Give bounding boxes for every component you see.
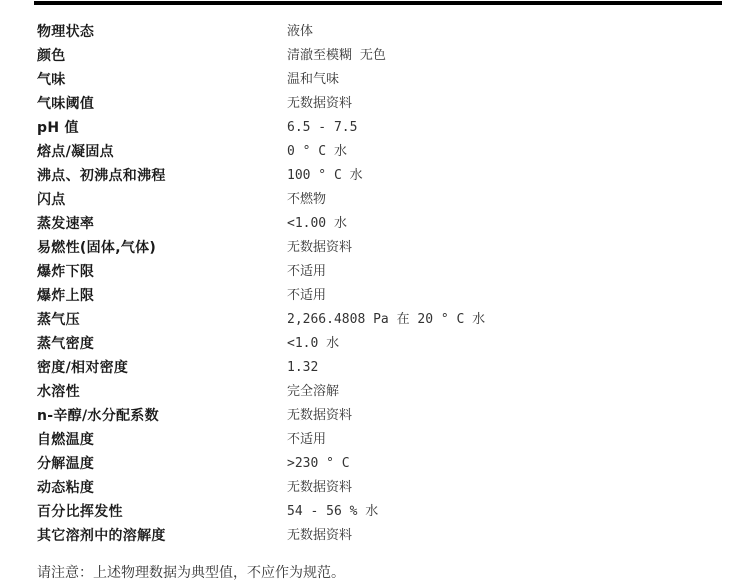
property-row-solubility-other-solvents: 其它溶剂中的溶解度 无数据资料: [37, 524, 717, 548]
property-label: 气味: [37, 68, 66, 92]
property-value: 54 - 56 % 水: [287, 500, 378, 524]
property-value: 2,266.4808 Pa 在 20 ° C 水: [287, 308, 485, 332]
property-row-percent-volatility: 百分比挥发性 54 - 56 % 水: [37, 500, 717, 524]
property-label: 水溶性: [37, 380, 80, 404]
property-value: 无数据资料: [287, 524, 352, 548]
property-row-lower-explosion-limit: 爆炸下限 不适用: [37, 260, 717, 284]
property-label: 动态粘度: [37, 476, 94, 500]
property-row-flash-point: 闪点 不燃物: [37, 188, 717, 212]
property-row-melting-point: 熔点/凝固点 0 ° C 水: [37, 140, 717, 164]
property-label: 爆炸上限: [37, 284, 94, 308]
property-value: >230 ° C: [287, 452, 350, 476]
property-value: 无数据资料: [287, 236, 352, 260]
property-value: 无数据资料: [287, 92, 352, 116]
property-label: 自燃温度: [37, 428, 94, 452]
property-label: 闪点: [37, 188, 66, 212]
property-value: 6.5 - 7.5: [287, 116, 357, 140]
property-value: 无数据资料: [287, 476, 352, 500]
property-row-decomposition-temperature: 分解温度 >230 ° C: [37, 452, 717, 476]
property-value: 完全溶解: [287, 380, 339, 404]
property-value: 不适用: [287, 284, 326, 308]
property-row-odor-threshold: 气味阈值 无数据资料: [37, 92, 717, 116]
property-value: <1.00 水: [287, 212, 347, 236]
disclaimer-note: 请注意：上述物理数据为典型值，不应作为规范。: [37, 563, 345, 583]
property-row-odor: 气味 温和气味: [37, 68, 717, 92]
property-label: 分解温度: [37, 452, 94, 476]
property-row-vapor-density: 蒸气密度 <1.0 水: [37, 332, 717, 356]
property-row-dynamic-viscosity: 动态粘度 无数据资料: [37, 476, 717, 500]
physical-properties-table: 物理状态 液体 颜色 清澈至模糊 无色 气味 温和气味 气味阈值 无数据资料 p…: [37, 20, 717, 548]
property-label: 爆炸下限: [37, 260, 94, 284]
property-label: 易燃性(固体,气体): [37, 236, 156, 260]
property-label: 颜色: [37, 44, 66, 68]
property-row-boiling-point: 沸点、初沸点和沸程 100 ° C 水: [37, 164, 717, 188]
property-label: 其它溶剂中的溶解度: [37, 524, 166, 548]
property-label: 熔点/凝固点: [37, 140, 114, 164]
property-row-relative-density: 密度/相对密度 1.32: [37, 356, 717, 380]
property-value: <1.0 水: [287, 332, 339, 356]
property-label: 沸点、初沸点和沸程: [37, 164, 166, 188]
property-value: 不适用: [287, 260, 326, 284]
property-value: 1.32: [287, 356, 318, 380]
property-row-upper-explosion-limit: 爆炸上限 不适用: [37, 284, 717, 308]
property-value: 液体: [287, 20, 313, 44]
property-value: 温和气味: [287, 68, 339, 92]
property-row-physical-state: 物理状态 液体: [37, 20, 717, 44]
property-value: 无数据资料: [287, 404, 352, 428]
property-row-partition-coefficient: n-辛醇/水分配系数 无数据资料: [37, 404, 717, 428]
property-row-ph: pH 值 6.5 - 7.5: [37, 116, 717, 140]
property-label: 蒸气密度: [37, 332, 94, 356]
property-row-autoignition-temperature: 自燃温度 不适用: [37, 428, 717, 452]
property-value: 不适用: [287, 428, 326, 452]
property-label: 密度/相对密度: [37, 356, 128, 380]
property-row-flammability: 易燃性(固体,气体) 无数据资料: [37, 236, 717, 260]
property-label: 蒸气压: [37, 308, 80, 332]
property-row-water-solubility: 水溶性 完全溶解: [37, 380, 717, 404]
property-label: 蒸发速率: [37, 212, 94, 236]
property-value: 清澈至模糊 无色: [287, 44, 386, 68]
property-label: 百分比挥发性: [37, 500, 123, 524]
property-row-evaporation-rate: 蒸发速率 <1.00 水: [37, 212, 717, 236]
property-row-vapor-pressure: 蒸气压 2,266.4808 Pa 在 20 ° C 水: [37, 308, 717, 332]
top-divider-rule: [34, 1, 722, 5]
property-label: n-辛醇/水分配系数: [37, 404, 159, 428]
property-label: 物理状态: [37, 20, 94, 44]
property-row-color: 颜色 清澈至模糊 无色: [37, 44, 717, 68]
property-value: 不燃物: [287, 188, 326, 212]
property-value: 100 ° C 水: [287, 164, 363, 188]
property-value: 0 ° C 水: [287, 140, 347, 164]
property-label: 气味阈值: [37, 92, 94, 116]
property-label: pH 值: [37, 116, 79, 140]
